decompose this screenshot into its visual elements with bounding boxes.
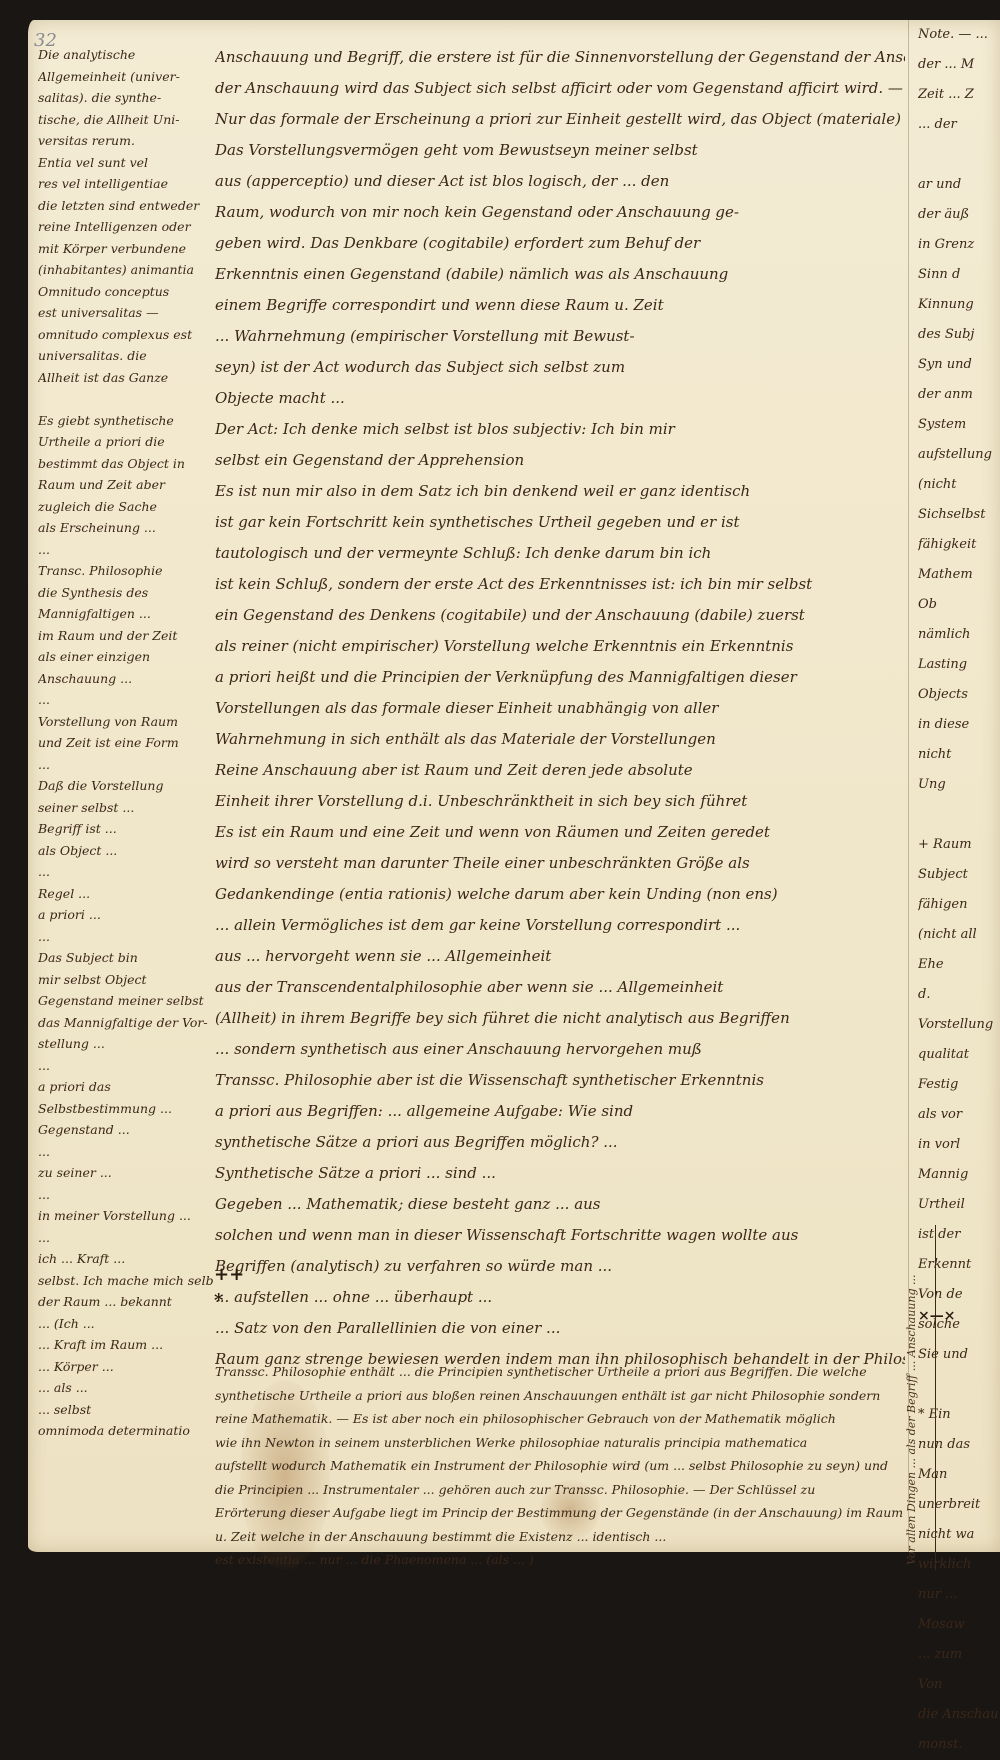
text-line: Erkenntnis einen Gegenstand (dabile) näm…	[215, 259, 905, 290]
text-line: Syn und	[918, 350, 998, 380]
text-line: ... Satz von den Parallellinien die von …	[215, 1313, 905, 1344]
text-line: (Allheit) in ihrem Begriffe bey sich füh…	[215, 1003, 905, 1034]
text-line: einem Begriffe correspondirt und wenn di…	[215, 290, 905, 321]
text-line: Gegenstand meiner selbst	[38, 990, 213, 1012]
text-line: Es ist ein Raum und eine Zeit und wenn v…	[215, 817, 905, 848]
text-line: Vorstellungen als das formale dieser Ein…	[215, 693, 905, 724]
text-line: Kinnung	[918, 290, 998, 320]
text-line: ...	[38, 689, 213, 711]
text-line: ... Wahrnehmung (empirischer Vorstellung…	[215, 321, 905, 352]
text-line: versitas rerum.	[38, 130, 213, 152]
text-line: Gedankendinge (entia rationis) welche da…	[215, 879, 905, 910]
text-line: (nicht all	[918, 920, 998, 950]
text-line: Raum, wodurch von mir noch kein Gegensta…	[215, 197, 905, 228]
text-line: ... allein Vermögliches ist dem gar kein…	[215, 910, 905, 941]
text-line: ...	[38, 1055, 213, 1077]
text-line: Begriff ist ...	[38, 818, 213, 840]
text-line: ist kein Schluß, sondern der erste Act d…	[215, 569, 905, 600]
text-line: Erörterung dieser Aufgabe liegt im Princ…	[215, 1501, 905, 1525]
text-line: Objects	[918, 680, 998, 710]
text-line: Mannigfaltigen ...	[38, 603, 213, 625]
text-line: Anschauung und Begriff, die erstere ist …	[215, 42, 905, 73]
text-line: Allgemeinheit (univer-	[38, 66, 213, 88]
text-line: die Synthesis des	[38, 582, 213, 604]
text-line: Urtheile a priori die	[38, 431, 213, 453]
text-line: res vel intelligentiae	[38, 173, 213, 195]
text-line: reine Intelligenzen oder	[38, 216, 213, 238]
text-line: est existentia ... nur ... die Phaenomen…	[215, 1548, 905, 1572]
text-line: wird so versteht man darunter Theile ein…	[215, 848, 905, 879]
text-line: mit Körper verbundene	[38, 238, 213, 260]
text-line	[918, 140, 998, 170]
text-line: Raum und Zeit aber	[38, 474, 213, 496]
text-line: Allheit ist das Ganze	[38, 367, 213, 389]
text-line	[38, 388, 213, 410]
vertical-marginal-note: Vor allen Dingen ... als der Begriff ...…	[905, 1225, 935, 1565]
text-line: a priori heißt und die Principien der Ve…	[215, 662, 905, 693]
text-line: Festig	[918, 1070, 998, 1100]
text-line: ... (Ich ...	[38, 1313, 213, 1335]
text-line: die Principien ... Instrumentaler ... ge…	[215, 1478, 905, 1502]
text-line: zugleich die Sache	[38, 496, 213, 518]
text-line: in meiner Vorstellung ...	[38, 1205, 213, 1227]
text-line: Gegenstand ...	[38, 1119, 213, 1141]
text-line: a priori das	[38, 1076, 213, 1098]
text-line: Anschauung ...	[38, 668, 213, 690]
text-line: wie ihn Newton in seinem unsterblichen W…	[215, 1431, 905, 1455]
text-line: ein Gegenstand des Denkens (cogitabile) …	[215, 600, 905, 631]
text-line	[918, 800, 998, 830]
text-line: ... Körper ...	[38, 1356, 213, 1378]
text-line: Ob	[918, 590, 998, 620]
text-line: ...	[38, 1141, 213, 1163]
text-line: Das Subject bin	[38, 947, 213, 969]
text-line: des Subj	[918, 320, 998, 350]
text-line: nicht	[918, 740, 998, 770]
text-line: a priori aus Begriffen: ... allgemeine A…	[215, 1096, 905, 1127]
text-line: Wahrnehmung in sich enthält als das Mate…	[215, 724, 905, 755]
text-line: Gegeben ... Mathematik; diese besteht ga…	[215, 1189, 905, 1220]
text-line: Selbstbestimmung ...	[38, 1098, 213, 1120]
text-line: Vorstellung	[918, 1010, 998, 1040]
text-line: seiner selbst ...	[38, 797, 213, 819]
text-line: aus (apperceptio) und dieser Act ist blo…	[215, 166, 905, 197]
text-line: Die analytische	[38, 44, 213, 66]
text-line: solchen und wenn man in dieser Wissensch…	[215, 1220, 905, 1251]
text-line: Vorstellung von Raum	[38, 711, 213, 733]
text-line: Daß die Vorstellung	[38, 775, 213, 797]
text-line: als Erscheinung ...	[38, 517, 213, 539]
text-line: Lasting	[918, 650, 998, 680]
text-line: in diese	[918, 710, 998, 740]
text-line: Es ist nun mir also in dem Satz ich bin …	[215, 476, 905, 507]
text-line: mir selbst Object	[38, 969, 213, 991]
text-line: aufstellt wodurch Mathematik ein Instrum…	[215, 1454, 905, 1478]
text-line: salitas). die synthe-	[38, 87, 213, 109]
text-line: ... der	[918, 110, 998, 140]
text-line: als Object ...	[38, 840, 213, 862]
text-line: Transsc. Philosophie enthält ... die Pri…	[215, 1360, 905, 1384]
text-line: Nur das formale der Erscheinung a priori…	[215, 104, 905, 135]
text-line: Omnitudo conceptus	[38, 281, 213, 303]
text-line: Urtheil	[918, 1190, 998, 1220]
text-line: omnitudo complexus est	[38, 324, 213, 346]
text-line: der ... M	[918, 50, 998, 80]
text-line: ...	[38, 539, 213, 561]
text-line: Entia vel sunt vel	[38, 152, 213, 174]
text-line: Sichselbst	[918, 500, 998, 530]
text-line: Regel ...	[38, 883, 213, 905]
text-line: (inhabitantes) animantia	[38, 259, 213, 281]
text-line: Einheit ihrer Vorstellung d.i. Unbeschrä…	[215, 786, 905, 817]
text-line: als einer einzigen	[38, 646, 213, 668]
text-line: seyn) ist der Act wodurch das Subject si…	[215, 352, 905, 383]
text-line: ...	[38, 754, 213, 776]
text-line: fähigen	[918, 890, 998, 920]
text-line: Der Act: Ich denke mich selbst ist blos …	[215, 414, 905, 445]
text-line: Transc. Philosophie	[38, 560, 213, 582]
text-line: ...	[38, 926, 213, 948]
text-line: ... als ...	[38, 1377, 213, 1399]
text-line: a priori ...	[38, 904, 213, 926]
text-line: ... selbst	[38, 1399, 213, 1421]
text-line: und Zeit ist eine Form	[38, 732, 213, 754]
text-line: Sinn d	[918, 260, 998, 290]
text-line: Ung	[918, 770, 998, 800]
cross-pair-marker: ×—×	[918, 1308, 955, 1324]
text-line: Transsc. Philosophie aber ist die Wissen…	[215, 1065, 905, 1096]
text-line: geben wird. Das Denkbare (cogitabile) er…	[215, 228, 905, 259]
bottom-text-block: Transsc. Philosophie enthält ... die Pri…	[215, 1360, 905, 1572]
text-line: reine Mathematik. — Es ist aber noch ein…	[215, 1407, 905, 1431]
asterisk-marker: *	[214, 1290, 223, 1311]
text-line: Es giebt synthetische	[38, 410, 213, 432]
text-line: Mathem	[918, 560, 998, 590]
text-line: selbst ein Gegenstand der Apprehension	[215, 445, 905, 476]
text-line: synthetische Urtheile a priori aus bloße…	[215, 1384, 905, 1408]
text-line: fähigkeit	[918, 530, 998, 560]
text-line: der äuß	[918, 200, 998, 230]
text-line: ... aufstellen ... ohne ... überhaupt ..…	[215, 1282, 905, 1313]
margin-rule	[935, 1225, 936, 1570]
text-line: synthetische Sätze a priori aus Begriffe…	[215, 1127, 905, 1158]
text-line: ...	[38, 861, 213, 883]
text-line: die letzten sind entweder	[38, 195, 213, 217]
text-line: System	[918, 410, 998, 440]
text-line: ... Kraft im Raum ...	[38, 1334, 213, 1356]
text-line: als vor	[918, 1100, 998, 1130]
text-line: aus der Transcendentalphilosophie aber w…	[215, 972, 905, 1003]
text-line: der anm	[918, 380, 998, 410]
text-line: ...	[38, 1227, 213, 1249]
text-line: Objecte macht ...	[215, 383, 905, 414]
text-line: ist gar kein Fortschritt kein synthetisc…	[215, 507, 905, 538]
text-line: ... sondern synthetisch aus einer Anscha…	[215, 1034, 905, 1065]
main-text-block: Anschauung und Begriff, die erstere ist …	[215, 42, 905, 1375]
text-line: aus ... hervorgeht wenn sie ... Allgemei…	[215, 941, 905, 972]
text-line: tische, die Allheit Uni-	[38, 109, 213, 131]
text-line: der Anschauung wird das Subject sich sel…	[215, 73, 905, 104]
text-line: ...	[38, 1184, 213, 1206]
text-line: u. Zeit welche in der Anschauung bestimm…	[215, 1525, 905, 1549]
left-margin-notes: Die analytischeAllgemeinheit (univer-sal…	[38, 44, 213, 1442]
text-line: als reiner (nicht empirischer) Vorstellu…	[215, 631, 905, 662]
text-line: Zeit ... Z	[918, 80, 998, 110]
text-line: d.	[918, 980, 998, 1010]
text-line: Synthetische Sätze a priori ... sind ...	[215, 1158, 905, 1189]
text-line: Begriffen (analytisch) zu verfahren so w…	[215, 1251, 905, 1282]
text-line: im Raum und der Zeit	[38, 625, 213, 647]
text-line: + Raum	[918, 830, 998, 860]
text-line: das Mannigfaltige der Vor-	[38, 1012, 213, 1034]
text-line: Reine Anschauung aber ist Raum und Zeit …	[215, 755, 905, 786]
text-line: der Raum ... bekannt	[38, 1291, 213, 1313]
text-line: omnimoda determinatio	[38, 1420, 213, 1442]
text-line: est universalitas —	[38, 302, 213, 324]
text-line: (nicht	[918, 470, 998, 500]
text-line: ich ... Kraft ...	[38, 1248, 213, 1270]
text-line: Note. — ...	[918, 20, 998, 50]
text-line: zu seiner ...	[38, 1162, 213, 1184]
text-line: in vorl	[918, 1130, 998, 1160]
double-cross-marker: ++	[214, 1264, 244, 1285]
text-line: aufstellung	[918, 440, 998, 470]
text-line: Das Vorstellungsvermögen geht vom Bewust…	[215, 135, 905, 166]
text-line: Ehe	[918, 950, 998, 980]
text-line: stellung ...	[38, 1033, 213, 1055]
text-line: selbst. Ich mache mich selbst	[38, 1270, 213, 1292]
text-line: nämlich	[918, 620, 998, 650]
text-line: qualitat	[918, 1040, 998, 1070]
text-line: in Grenz	[918, 230, 998, 260]
text-line: ar und	[918, 170, 998, 200]
text-line: tautologisch und der vermeynte Schluß: I…	[215, 538, 905, 569]
text-line: universalitas. die	[38, 345, 213, 367]
text-line: Mannig	[918, 1160, 998, 1190]
text-line: bestimmt das Object in	[38, 453, 213, 475]
text-line: Subject	[918, 860, 998, 890]
